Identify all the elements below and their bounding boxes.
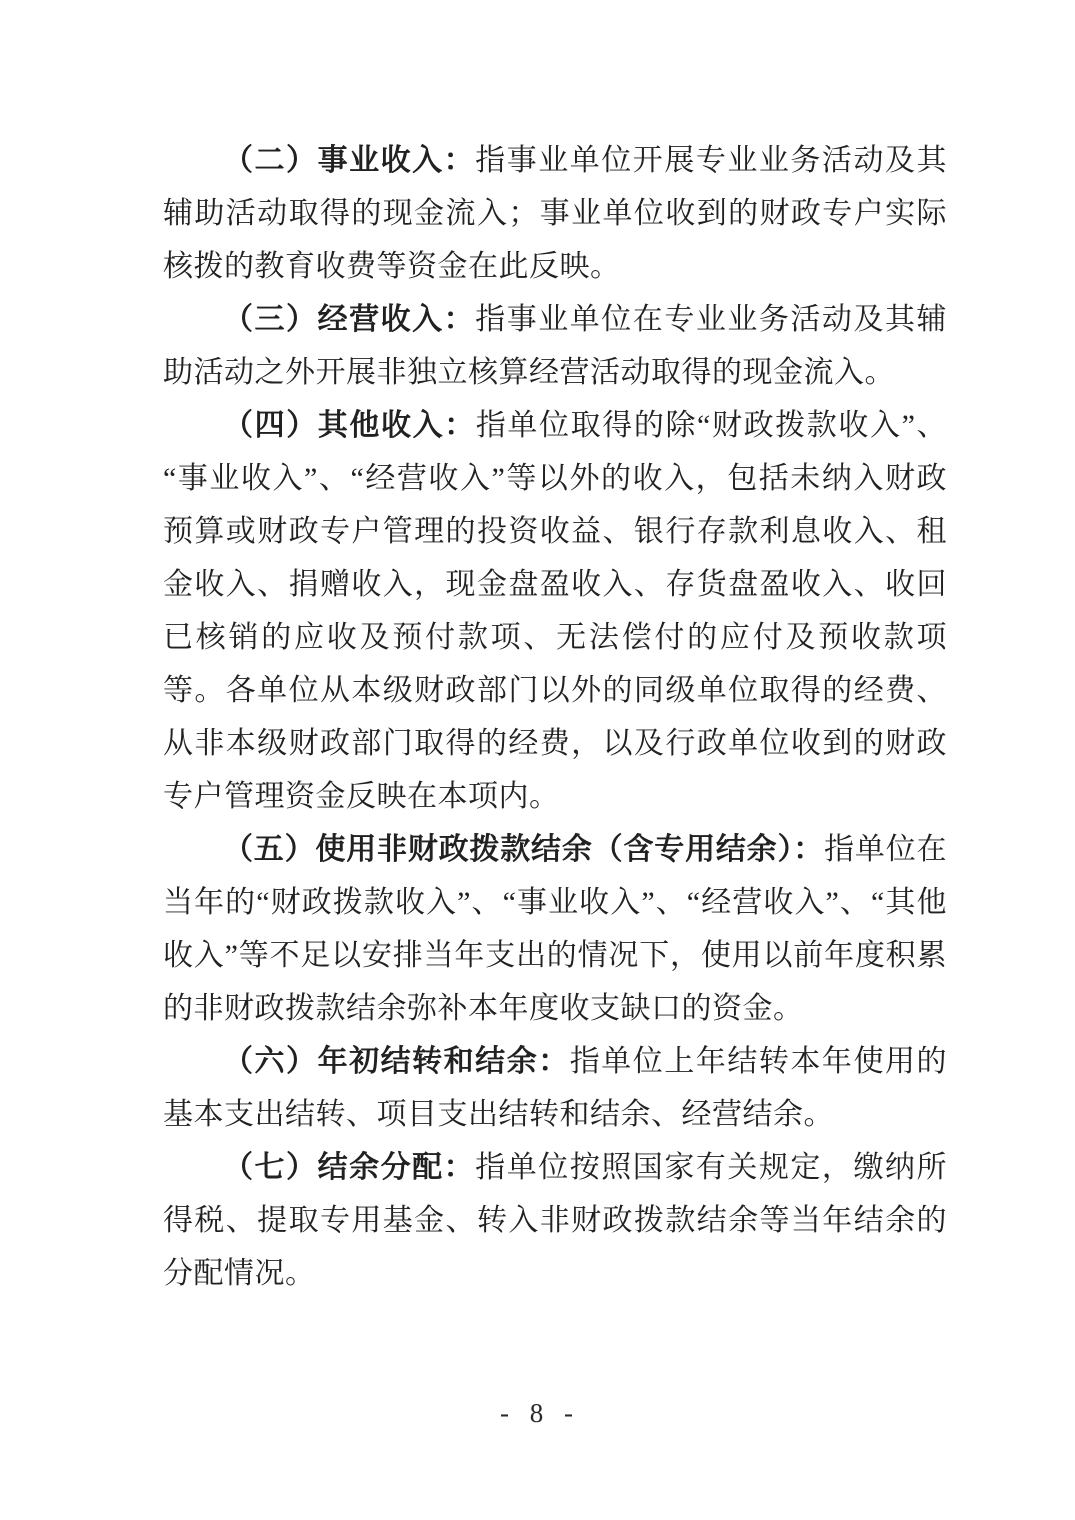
paragraph-heading: （三）经营收入： — [223, 303, 475, 336]
paragraph: （七）结余分配：指单位按照国家有关规定，缴纳所得税、提取专用基金、转入非财政拨款… — [163, 1141, 947, 1300]
document-body: （二）事业收入：指事业单位开展专业业务活动及其辅助活动取得的现金流入；事业单位收… — [163, 134, 947, 1300]
paragraph-heading: （四）其他收入： — [223, 409, 476, 442]
paragraph: （五）使用非财政拨款结余（含专用结余）：指单位在当年的“财政拨款收入”、“事业收… — [163, 823, 947, 1035]
document-page: （二）事业收入：指事业单位开展专业业务活动及其辅助活动取得的现金流入；事业单位收… — [0, 0, 1075, 1520]
paragraph-body: 指单位取得的除“财政拨款收入”、“事业收入”、“经营收入”等以外的收入，包括未纳… — [163, 409, 947, 813]
paragraph-heading: （二）事业收入： — [223, 144, 475, 177]
page-number: - 8 - — [0, 1398, 1075, 1429]
paragraph-heading: （五）使用非财政拨款结余（含专用结余）： — [223, 833, 824, 866]
paragraph-heading: （六）年初结转和结余： — [223, 1045, 570, 1078]
paragraph: （三）经营收入：指事业单位在专业业务活动及其辅助活动之外开展非独立核算经营活动取… — [163, 293, 947, 399]
paragraph: （二）事业收入：指事业单位开展专业业务活动及其辅助活动取得的现金流入；事业单位收… — [163, 134, 947, 293]
paragraph: （四）其他收入：指单位取得的除“财政拨款收入”、“事业收入”、“经营收入”等以外… — [163, 399, 947, 823]
paragraph-heading: （七）结余分配： — [223, 1151, 475, 1184]
paragraph: （六）年初结转和结余：指单位上年结转本年使用的基本支出结转、项目支出结转和结余、… — [163, 1035, 947, 1141]
